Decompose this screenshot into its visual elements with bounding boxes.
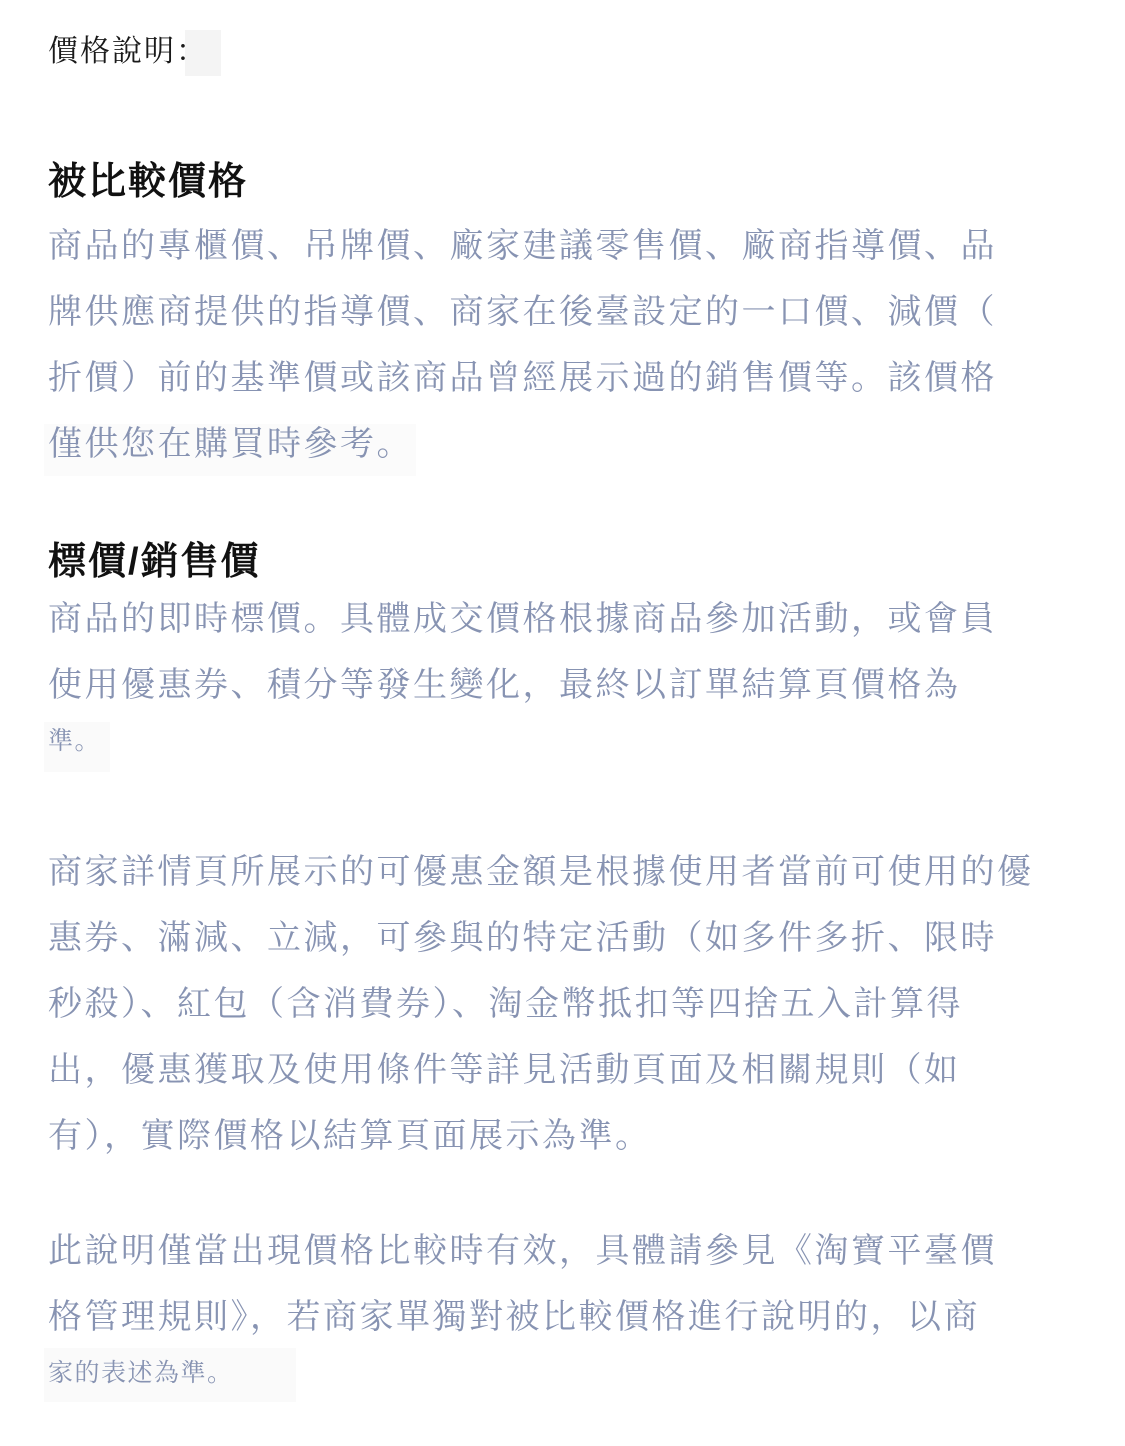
page-title: 價格說明： (48, 30, 208, 74)
paragraph-line-small: 家的表述為準。 (48, 1350, 997, 1396)
paragraph-line: 秒殺）、紅包（含消費券）、淘金幣抵扣等四捨五入計算得 (48, 971, 1034, 1037)
paragraph-line: 使用優惠券、積分等發生變化，最終以訂單結算頁價格為 (48, 652, 997, 718)
paragraph-discount-amount: 商家詳情頁所展示的可優惠金額是根據使用者當前可使用的優 惠券、滿減、立減，可參與… (48, 839, 1034, 1169)
paragraph-line: 商品的即時標價。具體成交價格根據商品參加活動，或會員 (48, 586, 997, 652)
paragraph-line: 牌供應商提供的指導價、商家在後臺設定的一口價、減價（ (48, 279, 997, 345)
paragraph-line: 惠券、滿減、立減，可參與的特定活動（如多件多折、限時 (48, 905, 1034, 971)
section-heading-list-price: 標價/銷售價 (48, 538, 261, 586)
paragraph-line: 商品的專櫃價、吊牌價、廠家建議零售價、廠商指導價、品 (48, 213, 997, 279)
paragraph-compared-price: 商品的專櫃價、吊牌價、廠家建議零售價、廠商指導價、品 牌供應商提供的指導價、商家… (48, 213, 997, 477)
paragraph-line: 有），實際價格以結算頁面展示為準。 (48, 1103, 1034, 1169)
paragraph-line: 格管理規則》，若商家單獨對被比較價格進行說明的，以商 (48, 1284, 997, 1350)
paragraph-line: 折價）前的基準價或該商品曾經展示過的銷售價等。該價格 (48, 345, 997, 411)
section-heading-compared-price: 被比較價格 (48, 158, 248, 206)
paragraph-line-small: 準。 (48, 718, 997, 764)
paragraph-validity-note: 此說明僅當出現價格比較時有效，具體請參見《淘寶平臺價 格管理規則》，若商家單獨對… (48, 1218, 997, 1396)
price-explanation-page: 價格說明： 被比較價格 商品的專櫃價、吊牌價、廠家建議零售價、廠商指導價、品 牌… (0, 0, 1125, 1446)
paragraph-line: 此說明僅當出現價格比較時有效，具體請參見《淘寶平臺價 (48, 1218, 997, 1284)
paragraph-list-price: 商品的即時標價。具體成交價格根據商品參加活動，或會員 使用優惠券、積分等發生變化… (48, 586, 997, 764)
paragraph-line: 僅供您在購買時參考。 (48, 411, 997, 477)
paragraph-line: 出，優惠獲取及使用條件等詳見活動頁面及相關規則（如 (48, 1037, 1034, 1103)
paragraph-line: 商家詳情頁所展示的可優惠金額是根據使用者當前可使用的優 (48, 839, 1034, 905)
